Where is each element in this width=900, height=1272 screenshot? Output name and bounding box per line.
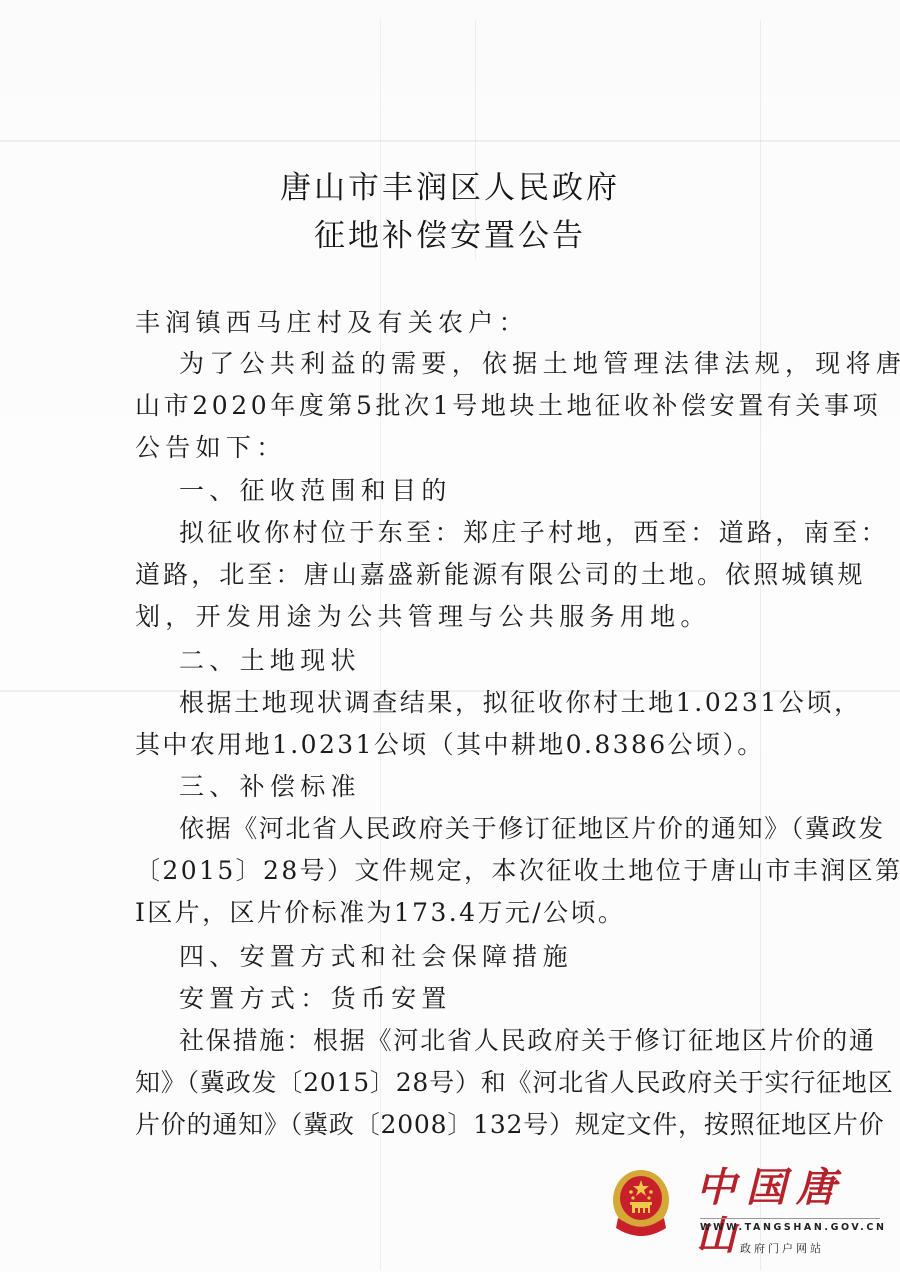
paragraph-line: 拟征收你村位于东至：郑庄子村地，西至：道路，南至： — [179, 512, 889, 554]
paragraph-line: 社保措施：根据《河北省人民政府关于修订征地区片价的通 — [179, 1020, 876, 1062]
salutation: 丰润镇西马庄村及有关农户： — [135, 302, 529, 344]
paragraph-line: 划，开发用途为公共管理与公共服务用地。 — [135, 596, 711, 638]
document-title-line-2: 征地补偿安置公告 — [0, 214, 900, 258]
section-heading-1: 一、征收范围和目的 — [179, 470, 452, 512]
paragraph-line: 依据《河北省人民政府关于修订征地区片价的通知》（冀政发 — [179, 808, 885, 850]
document-body: 丰润镇西马庄村及有关农户： 为了公共利益的需要，依据土地管理法律法规，现将唐 山… — [135, 302, 775, 1162]
paragraph-line: 道路，北至：唐山嘉盛新能源有限公司的土地。依照城镇规 — [135, 554, 866, 596]
site-subtitle: 政府门户网站 — [740, 1240, 824, 1256]
paragraph-line: 根据土地现状调查结果，拟征收你村土地1.0231公顷， — [179, 682, 862, 724]
paragraph-line: 〔2015〕28号）文件规定，本次征收土地位于唐山市丰润区第 — [135, 850, 900, 892]
section-heading-4: 四、安置方式和社会保障措施 — [179, 936, 573, 978]
paragraph-line: 其中农用地1.0231公顷（其中耕地0.8386公顷）。 — [135, 724, 765, 766]
scan-artifact-band — [0, 140, 900, 142]
tangshan-gov-watermark: 中国唐山 WWW.TANGSHAN.GOV.CN 政府门户网站 — [600, 1160, 890, 1260]
site-url: WWW.TANGSHAN.GOV.CN — [700, 1222, 887, 1233]
section-heading-3: 三、补偿标准 — [179, 766, 361, 808]
document-title-line-1: 唐山市丰润区人民政府 — [0, 166, 900, 210]
logo-divider — [700, 1218, 880, 1219]
scanned-page: 唐山市丰润区人民政府 征地补偿安置公告 丰润镇西马庄村及有关农户： 为了公共利益… — [0, 0, 900, 1272]
paragraph-line: 片价的通知》（冀政〔2008〕132号）规定文件，按照征地区片价 — [135, 1104, 884, 1146]
section-heading-2: 二、土地现状 — [179, 640, 361, 682]
paragraph-line: 安置方式：货币安置 — [179, 978, 452, 1020]
paragraph-line: 公告如下： — [135, 427, 287, 469]
paragraph-line: Ⅰ区片，区片价标准为173.4万元/公顷。 — [135, 892, 625, 934]
paragraph-line: 山市2020年度第5批次1号地块土地征收补偿安置有关事项 — [135, 385, 881, 427]
national-emblem-icon — [612, 1168, 670, 1240]
paragraph-line: 为了公共利益的需要，依据土地管理法律法规，现将唐 — [179, 343, 900, 385]
paragraph-line: 知》（冀政发〔2015〕28号）和《河北省人民政府关于实行征地区 — [135, 1062, 894, 1104]
